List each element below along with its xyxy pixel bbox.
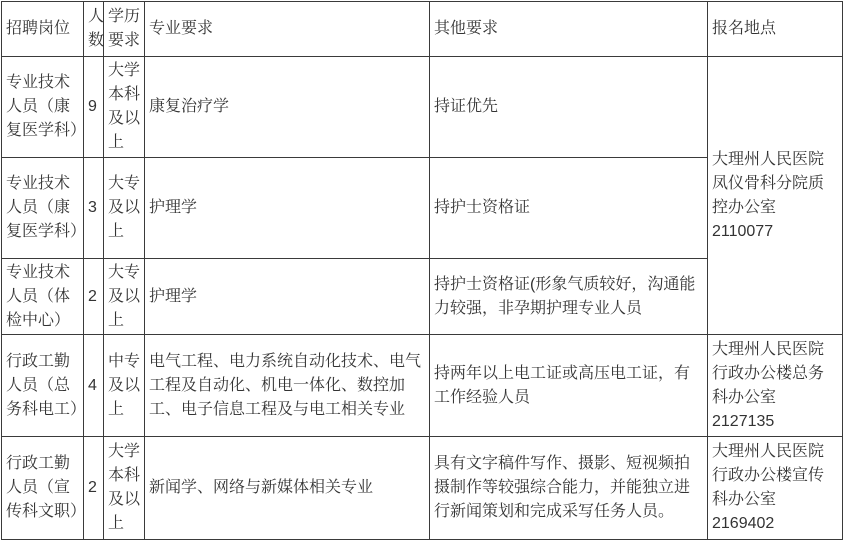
header-count: 人数 (84, 2, 104, 57)
header-other: 其他要求 (430, 2, 708, 57)
cell-other: 持护士资格证 (430, 158, 708, 259)
cell-count: 3 (84, 158, 104, 259)
recruitment-table: 招聘岗位 人数 学历要求 专业要求 其他要求 报名地点 专业技术人员（康复医学科… (1, 1, 843, 540)
cell-location-merged: 大理州人民医院凤仪骨科分院质控办公室 2110077 (708, 57, 843, 335)
cell-education: 大学本科及以上 (104, 437, 145, 540)
cell-position: 专业技术人员（康复医学科） (2, 57, 84, 158)
cell-location: 大理州人民医院行政办公楼宣传科办公室 2169402 (708, 437, 843, 540)
cell-count: 2 (84, 437, 104, 540)
table-row: 行政工勤人员（宣传科文职） 2 大学本科及以上 新闻学、网络与新媒体相关专业 具… (2, 437, 843, 540)
header-major: 专业要求 (145, 2, 430, 57)
cell-major: 护理学 (145, 158, 430, 259)
header-education: 学历要求 (104, 2, 145, 57)
cell-position: 行政工勤人员（宣传科文职） (2, 437, 84, 540)
cell-position: 专业技术人员（体检中心） (2, 259, 84, 335)
table-row: 行政工勤人员（总务科电工） 4 中专及以上 电气工程、电力系统自动化技术、电气工… (2, 335, 843, 437)
cell-education: 中专及以上 (104, 335, 145, 437)
location-name: 大理州人民医院凤仪骨科分院质控办公室 (712, 148, 838, 220)
cell-education: 大学本科及以上 (104, 57, 145, 158)
cell-education: 大专及以上 (104, 158, 145, 259)
location-name: 大理州人民医院行政办公楼宣传科办公室 (712, 440, 838, 512)
location-phone: 2127135 (712, 410, 838, 434)
location-phone: 2169402 (712, 512, 838, 536)
cell-position: 行政工勤人员（总务科电工） (2, 335, 84, 437)
header-position: 招聘岗位 (2, 2, 84, 57)
cell-location: 大理州人民医院行政办公楼总务科办公室 2127135 (708, 335, 843, 437)
cell-other: 具有文字稿件写作、摄影、短视频拍摄制作等较强综合能力，并能独立进行新闻策划和完成… (430, 437, 708, 540)
location-name: 大理州人民医院行政办公楼总务科办公室 (712, 338, 838, 410)
cell-major: 护理学 (145, 259, 430, 335)
cell-count: 2 (84, 259, 104, 335)
location-phone: 2110077 (712, 220, 838, 244)
table-row: 专业技术人员（康复医学科） 9 大学本科及以上 康复治疗学 持证优先 大理州人民… (2, 57, 843, 158)
cell-other: 持护士资格证(形象气质较好，沟通能力较强，非孕期护理专业人员 (430, 259, 708, 335)
cell-count: 9 (84, 57, 104, 158)
header-row: 招聘岗位 人数 学历要求 专业要求 其他要求 报名地点 (2, 2, 843, 57)
cell-major: 新闻学、网络与新媒体相关专业 (145, 437, 430, 540)
cell-position: 专业技术人员（康复医学科） (2, 158, 84, 259)
cell-major: 康复治疗学 (145, 57, 430, 158)
cell-education: 大专及以上 (104, 259, 145, 335)
cell-major: 电气工程、电力系统自动化技术、电气工程及自动化、机电一体化、数控加工、电子信息工… (145, 335, 430, 437)
cell-other: 持两年以上电工证或高压电工证，有工作经验人员 (430, 335, 708, 437)
header-location: 报名地点 (708, 2, 843, 57)
cell-other: 持证优先 (430, 57, 708, 158)
cell-count: 4 (84, 335, 104, 437)
